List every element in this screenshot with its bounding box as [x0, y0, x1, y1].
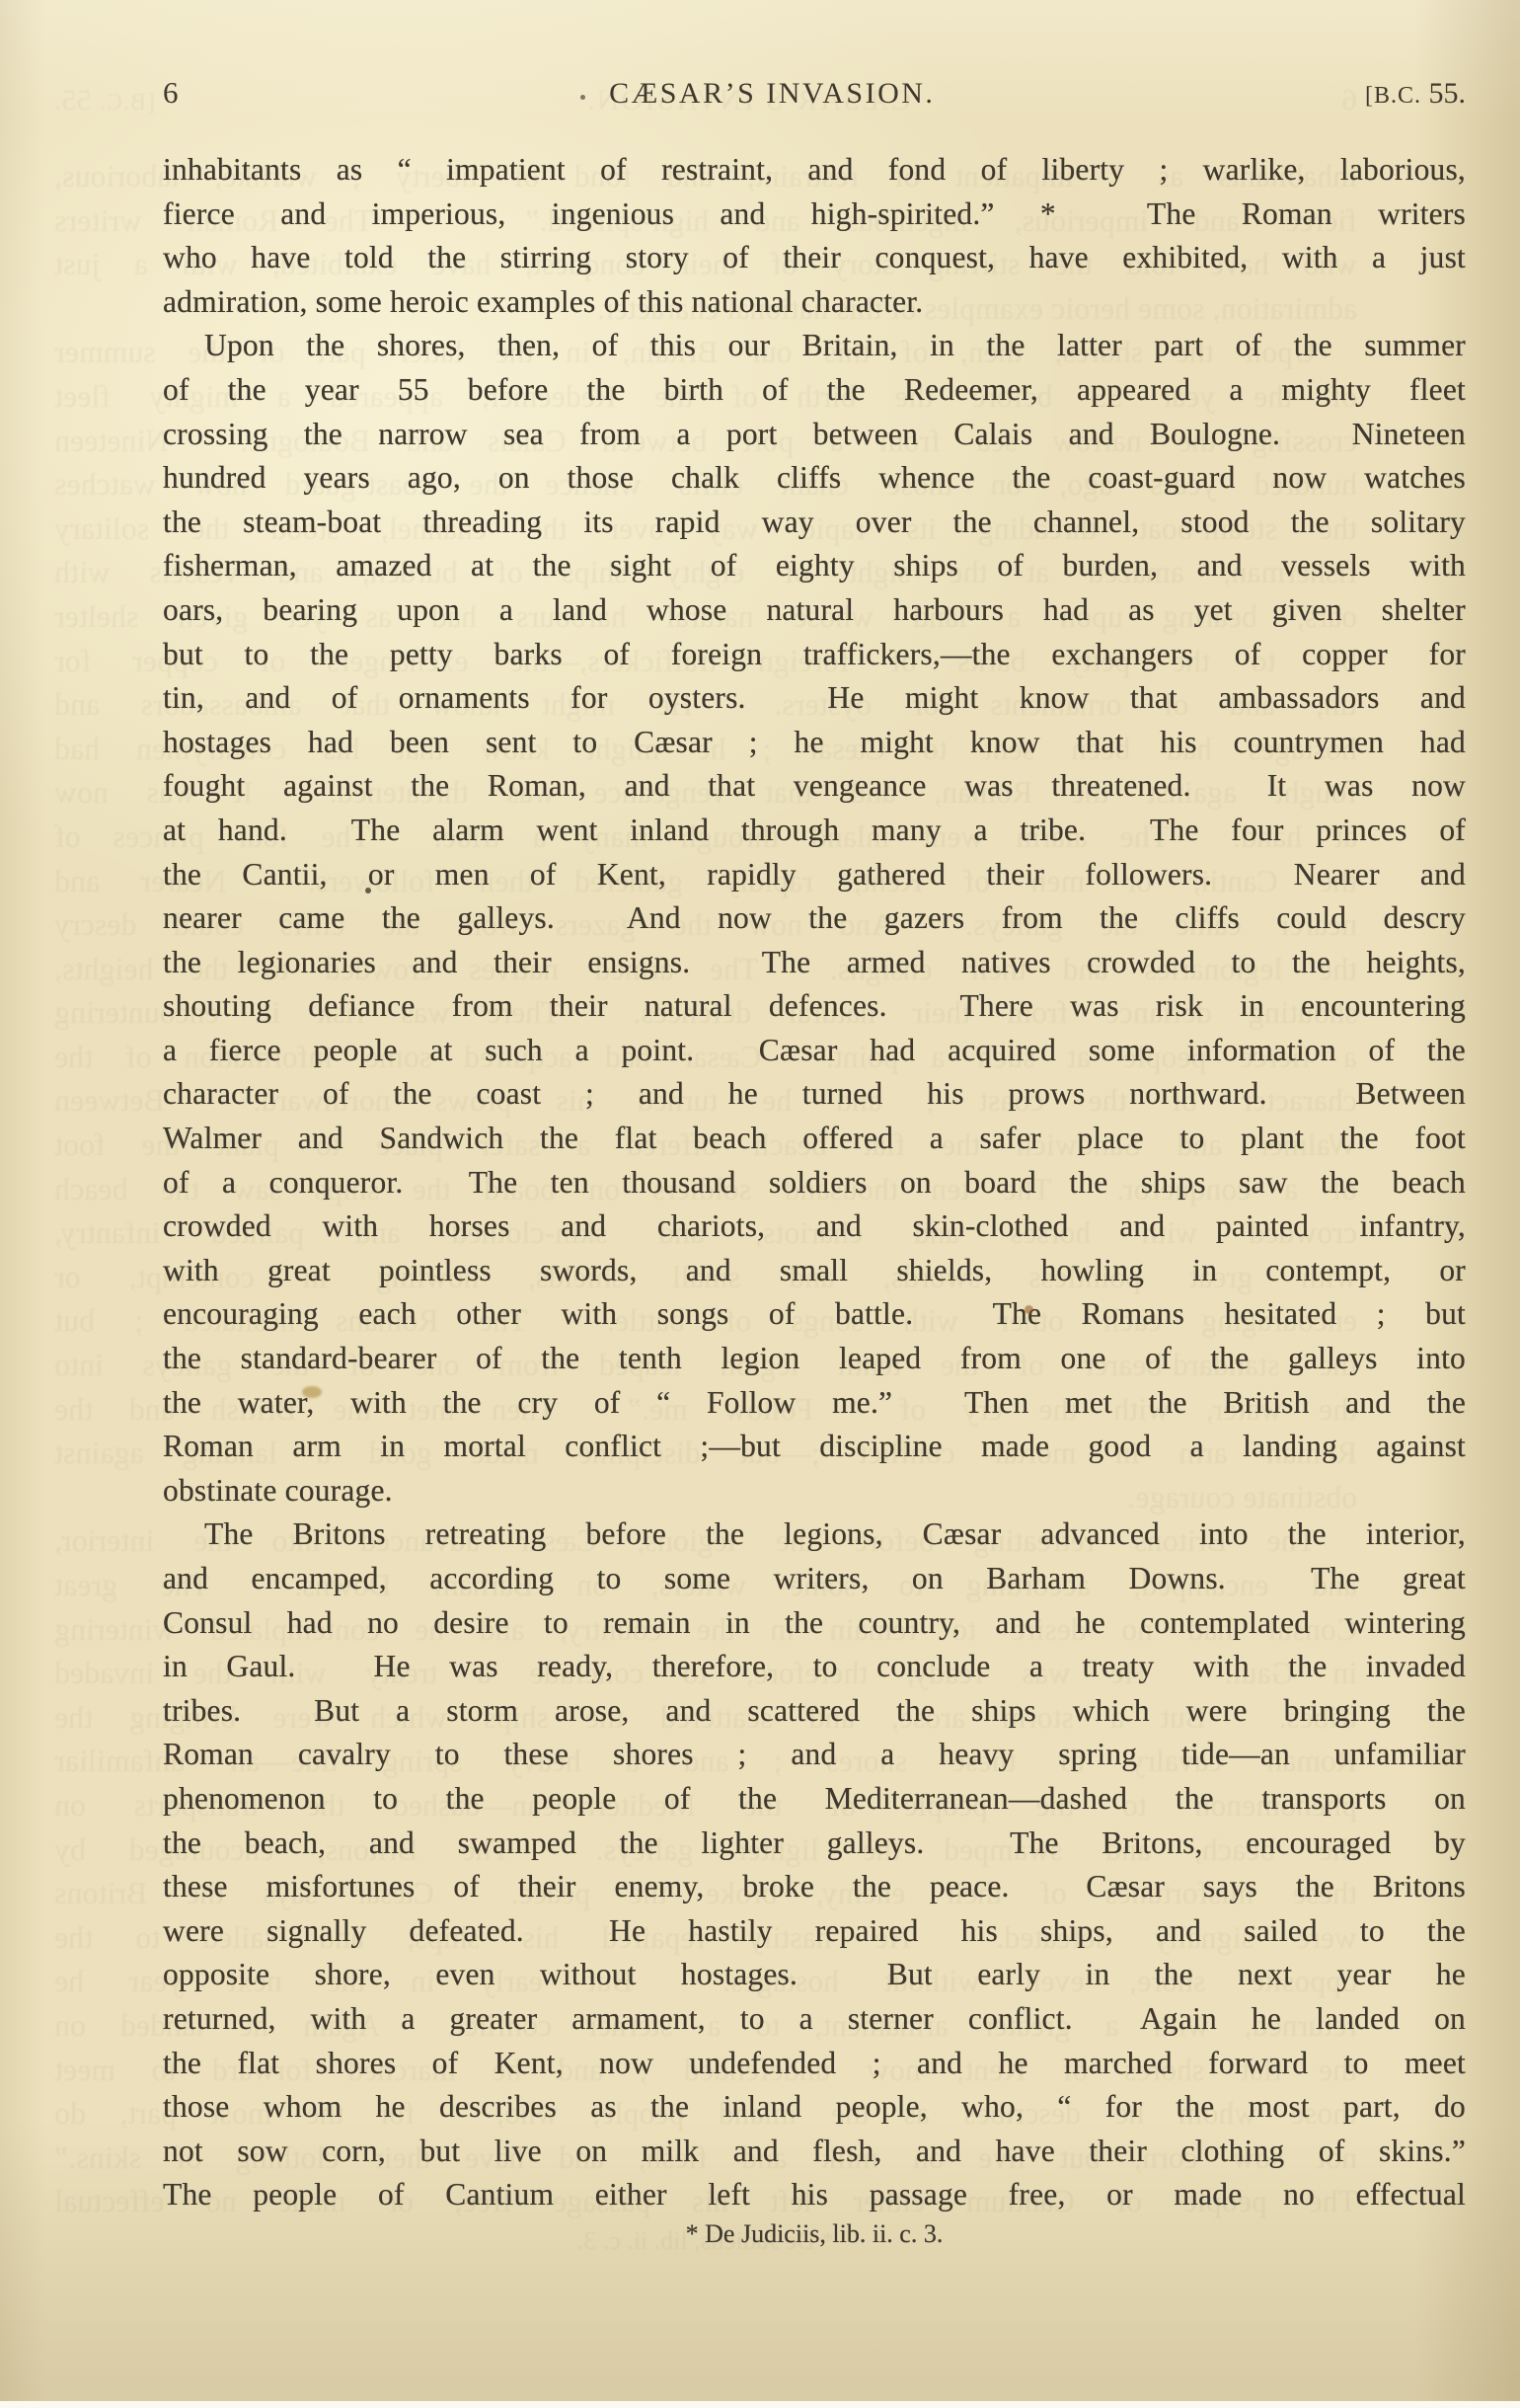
- page-header: 6 CÆSAR’S INVASION. [B.C. 55.: [163, 75, 1466, 111]
- marginal-date: [B.C. 55.: [1365, 77, 1466, 111]
- text-line: but to the petty barks of foreign traffi…: [163, 633, 1466, 677]
- text-line: Roman cavalry to these shores ; and a he…: [163, 1733, 1466, 1777]
- text-line: the standard-bearer of the tenth legion …: [163, 1337, 1466, 1381]
- text-line: the legionaries and their ensigns. The a…: [163, 941, 1466, 985]
- text-line: crossing the narrow sea from a port betw…: [163, 413, 1466, 457]
- text-line: The people of Cantium either left his pa…: [163, 2173, 1466, 2217]
- text-line: fought against the Roman, and that venge…: [163, 764, 1466, 809]
- text-line: character of the coast ; and he turned h…: [163, 1072, 1466, 1117]
- page-content: 6 CÆSAR’S INVASION. [B.C. 55. inhabitant…: [0, 0, 1520, 2408]
- era-year: 55.: [1428, 77, 1466, 110]
- text-line: Upon the shores, then, of this our Brita…: [163, 324, 1466, 368]
- text-line: tin, and of ornaments for oysters. He mi…: [163, 676, 1466, 721]
- text-line: not sow corn, but live on milk and flesh…: [163, 2130, 1466, 2174]
- text-line: inhabitants as “ impatient of restraint,…: [163, 148, 1466, 193]
- text-line: nearer came the galleys. And now the gaz…: [163, 896, 1466, 941]
- text-line: were signally defeated. He hastily repai…: [163, 1909, 1466, 1954]
- text-line: who have told the stirring story of thei…: [163, 236, 1466, 280]
- body-text: inhabitants as “ impatient of restraint,…: [163, 148, 1466, 2217]
- text-line: these misfortunes of their enemy, broke …: [163, 1865, 1466, 1909]
- text-line: the flat shores of Kent, now undefended …: [163, 2042, 1466, 2086]
- text-line: and encamped, according to some writers,…: [163, 1557, 1466, 1601]
- text-line: of a conqueror. The ten thousand soldier…: [163, 1161, 1466, 1205]
- text-line: obstinate courage.: [163, 1469, 1466, 1514]
- text-line: admiration, some heroic examples of this…: [163, 280, 1466, 325]
- text-line: hundred years ago, on those chalk cliffs…: [163, 456, 1466, 501]
- text-line: Consul had no desire to remain in the co…: [163, 1601, 1466, 1646]
- text-line: opposite shore, even without hostages. B…: [163, 1953, 1466, 1997]
- text-line: tribes. But a storm arose, and scattered…: [163, 1689, 1466, 1734]
- text-line: fisherman, amazed at the sight of eighty…: [163, 544, 1466, 588]
- text-line: the Cantii, or men of Kent, rapidly gath…: [163, 853, 1466, 897]
- text-line: encouraging each other with songs of bat…: [163, 1292, 1466, 1337]
- text-line: at hand. The alarm went inland through m…: [163, 809, 1466, 853]
- text-line: the beach, and swamped the lighter galle…: [163, 1822, 1466, 1866]
- text-line: the steam-boat threading its rapid way o…: [163, 501, 1466, 545]
- text-line: hostages had been sent to Cæsar ; he mig…: [163, 721, 1466, 765]
- text-line: of the year 55 before the birth of the R…: [163, 368, 1466, 413]
- text-line: Roman arm in mortal conflict ;—but disci…: [163, 1425, 1466, 1469]
- text-line: shouting defiance from their natural def…: [163, 984, 1466, 1029]
- text-line: the water, with the cry of “ Follow me.”…: [163, 1381, 1466, 1426]
- text-line: Walmer and Sandwich the flat beach offer…: [163, 1117, 1466, 1161]
- book-page-scan: 6 CÆSAR’S INVASION. [B.C. 55. inhabitant…: [0, 0, 1520, 2408]
- footnote: * De Judiciis, lib. ii. c. 3.: [163, 2219, 1466, 2249]
- text-line: in Gaul. He was ready, therefore, to con…: [163, 1645, 1466, 1689]
- text-line: phenomenon to the people of the Mediterr…: [163, 1777, 1466, 1822]
- text-line: The Britons retreating before the legion…: [163, 1513, 1466, 1557]
- text-line: crowded with horses and chariots, and sk…: [163, 1204, 1466, 1249]
- era-label: [B.C.: [1365, 83, 1421, 109]
- text-line: those whom he describes as the inland pe…: [163, 2085, 1466, 2130]
- text-line: fierce and imperious, ingenious and high…: [163, 193, 1466, 237]
- text-line: returned, with a greater armament, to a …: [163, 1997, 1466, 2042]
- running-title: CÆSAR’S INVASION.: [609, 77, 935, 111]
- page-number: 6: [163, 75, 180, 111]
- text-line: oars, bearing upon a land whose natural …: [163, 588, 1466, 633]
- text-line: with great pointless swords, and small s…: [163, 1249, 1466, 1293]
- text-line: a fierce people at such a point. Cæsar h…: [163, 1029, 1466, 1073]
